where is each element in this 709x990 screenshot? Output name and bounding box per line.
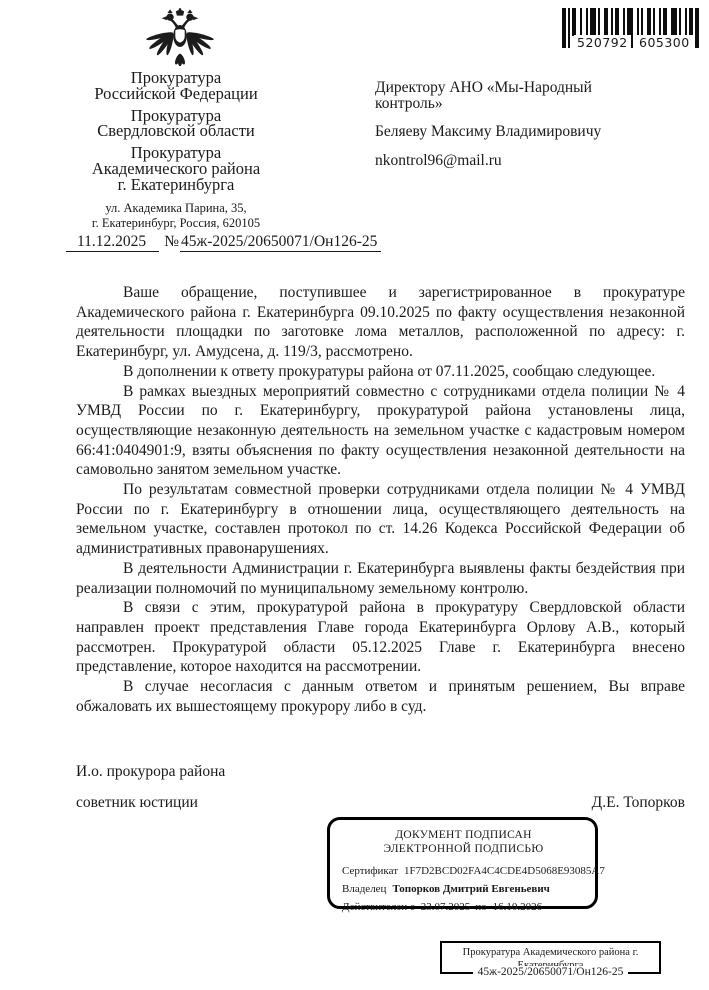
recipient-email: nkontrol96@mail.ru bbox=[375, 153, 685, 169]
owner-label: Владелец bbox=[342, 883, 386, 895]
paragraph: По результатам совместной проверки сотру… bbox=[76, 480, 685, 559]
org-line: Свердловской области bbox=[40, 123, 312, 139]
paragraph: Ваше обращение, поступившее и зарегистри… bbox=[76, 283, 685, 362]
paragraph: В рамках выездных мероприятий совместно … bbox=[76, 382, 685, 481]
esign-owner-row: ВладелецТопорков Дмитрий Евгеньевич bbox=[342, 880, 585, 898]
org-russian-federation: Прокуратура Российской Федерации bbox=[40, 70, 312, 102]
address-line: г. Екатеринбург, Россия, 620105 bbox=[40, 216, 312, 231]
recipient-org-line: Директору АНО «Мы-Народный bbox=[375, 80, 685, 96]
number-sign: № bbox=[164, 233, 179, 250]
recipient-block: Директору АНО «Мы-Народный контроль» Бел… bbox=[375, 80, 685, 181]
address-line: ул. Академика Парина, 35, bbox=[40, 201, 312, 216]
barcode-number-left: 520792 bbox=[574, 35, 631, 50]
esign-certificate-row: Сертификат1F7D2BCD02FA4C4CDE4D5068E93085… bbox=[342, 862, 585, 880]
org-line: Российской Федерации bbox=[40, 86, 312, 102]
recipient-org-line: контроль» bbox=[375, 96, 685, 112]
letter-body: Ваше обращение, поступившее и зарегистри… bbox=[76, 283, 685, 716]
electronic-signature-stamp: ДОКУМЕНТ ПОДПИСАН ЭЛЕКТРОННОЙ ПОДПИСЬЮ С… bbox=[327, 817, 598, 909]
barcode-number-right: 605300 bbox=[636, 35, 693, 50]
valid-to: 16.10.2026 bbox=[493, 901, 543, 913]
registration-stamp-number-line: 45ж-2025/20650071/Он126-25 bbox=[442, 965, 659, 980]
org-line: г. Екатеринбурга bbox=[40, 177, 312, 193]
validity-label: Действителен с bbox=[342, 901, 415, 913]
recipient-organization: Директору АНО «Мы-Народный контроль» bbox=[375, 80, 685, 112]
valid-from: 23.07.2025 bbox=[421, 901, 471, 913]
signer-name: Д.Е. Топорков bbox=[592, 794, 685, 812]
document-page: Прокуратура Российской Федерации Прокура… bbox=[0, 0, 709, 990]
sender-address: ул. Академика Парина, 35, г. Екатеринбур… bbox=[40, 201, 312, 231]
org-akademichesky-district: Прокуратура Академического района г. Ека… bbox=[40, 145, 312, 192]
org-sverdlovsk-region: Прокуратура Свердловской области bbox=[40, 108, 312, 140]
russian-coat-of-arms-icon bbox=[146, 6, 214, 66]
recipient-person: Беляеву Максиму Владимировичу bbox=[375, 124, 685, 140]
signer-role-line1: И.о. прокурора района bbox=[76, 763, 225, 781]
paragraph: В деятельности Администрации г. Екатерин… bbox=[76, 559, 685, 598]
paragraph: В случае несогласия с данным ответом и п… bbox=[76, 677, 685, 716]
esign-title-line: ДОКУМЕНТ ПОДПИСАН bbox=[342, 828, 585, 842]
letterhead: Прокуратура Российской Федерации Прокура… bbox=[40, 70, 312, 231]
esign-title-line: ЭЛЕКТРОННОЙ ПОДПИСЬЮ bbox=[342, 842, 585, 856]
certificate-value: 1F7D2BCD02FA4C4CDE4D5068E93085A7 bbox=[404, 865, 605, 877]
signer-role-line2: советник юстиции bbox=[76, 794, 198, 812]
registration-stamp-number: 45ж-2025/20650071/Он126-25 bbox=[473, 966, 629, 978]
owner-value: Топорков Дмитрий Евгеньевич bbox=[392, 883, 549, 895]
registration-stamp: Прокуратура Академического района г. Ека… bbox=[440, 941, 661, 974]
esign-validity-row: Действителен с23.07.2025по16.10.2026 bbox=[342, 898, 585, 916]
reference-line: 11.12.2025№45ж-2025/20650071/Он126-25 bbox=[66, 233, 381, 251]
document-date: 11.12.2025 bbox=[66, 233, 159, 252]
paragraph: В связи с этим, прокуратурой района в пр… bbox=[76, 598, 685, 677]
barcode: 520792 605300 bbox=[562, 8, 700, 50]
paragraph: В дополнении к ответу прокуратуры района… bbox=[76, 362, 685, 382]
validity-to-label: по bbox=[475, 901, 486, 913]
document-number: 45ж-2025/20650071/Он126-25 bbox=[180, 233, 381, 252]
esign-details: Сертификат1F7D2BCD02FA4C4CDE4D5068E93085… bbox=[342, 862, 585, 916]
certificate-label: Сертификат bbox=[342, 865, 398, 877]
esign-title: ДОКУМЕНТ ПОДПИСАН ЭЛЕКТРОННОЙ ПОДПИСЬЮ bbox=[342, 828, 585, 856]
